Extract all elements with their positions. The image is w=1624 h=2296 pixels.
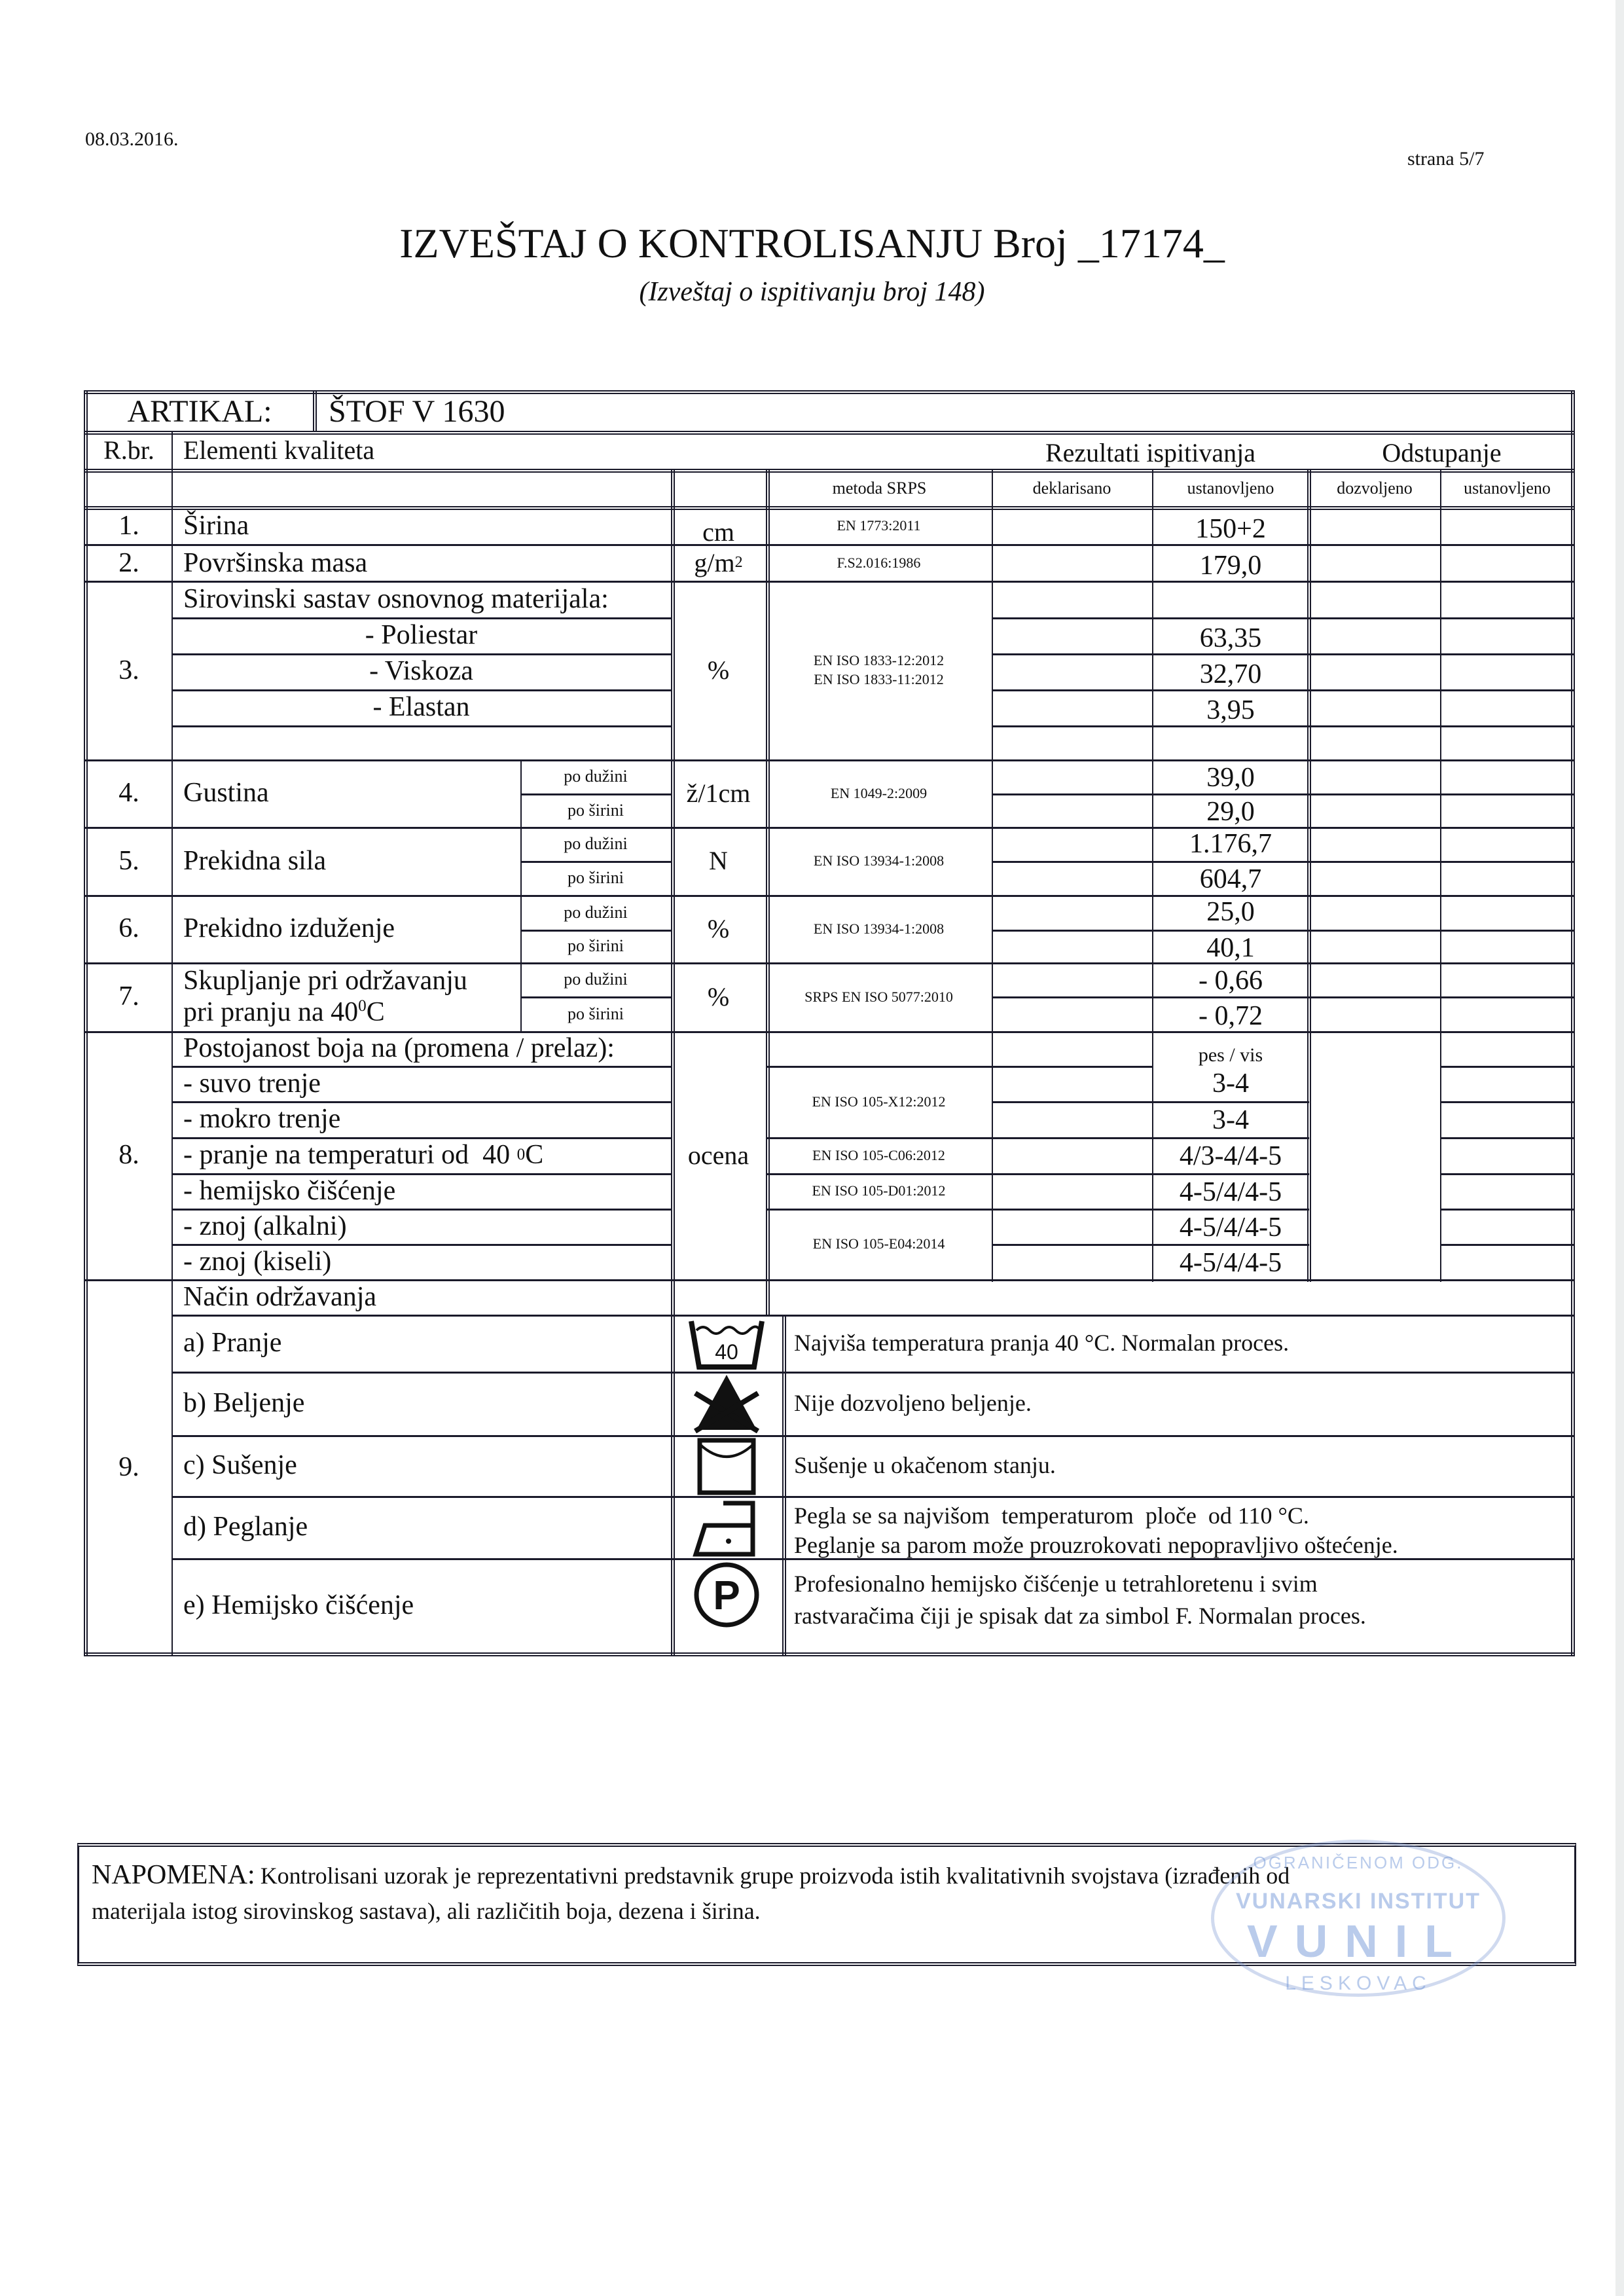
article-label: ARTIKAL: [86,393,313,431]
fastness-name: - mokro trenje [171,1101,671,1137]
row-value: 604,7 [1152,862,1309,896]
name-end: C [525,1140,543,1169]
report-date: 08.03.2016. [85,130,179,149]
material-value: 32,70 [1152,657,1309,693]
method-perspiration: EN ISO 105-E04:2014 [766,1209,992,1279]
row-unit: ž/1cm [671,759,766,827]
row-number: 3. [86,581,171,759]
note-line: Kontrolisani uzorak je reprezentativni p… [261,1863,1290,1889]
row-unit: N [671,827,766,895]
care-description: Profesionalno hemijsko čišćenje u tetrah… [794,1568,1566,1631]
col-established-2: ustanovljeno [1440,470,1574,506]
sub-label: po dužini [520,827,671,861]
row-number: 1. [86,507,171,544]
stamp-line1: VUNARSKI INSTITUT [1214,1889,1502,1914]
row-value: 150+2 [1152,511,1309,547]
iron-low-icon [691,1499,763,1557]
care-description: Pegla se sa najvišom temperaturom ploče … [794,1501,1566,1560]
row-name: Skupljanje pri održavanju pri pranju na … [183,965,520,1029]
fastness-name: - znoj (alkalni) [171,1209,671,1244]
row-method: EN ISO 13934-1:2008 [766,827,992,895]
name-line: Skupljanje pri održavanju [183,965,520,996]
care-label: d) Peglanje [171,1496,671,1558]
row-number: 5. [86,827,171,895]
sub-label: po širini [520,996,671,1031]
material-value: 63,35 [1152,621,1309,657]
col-deviation: Odstupanje [1309,435,1574,471]
care-label: a) Pranje [171,1315,671,1372]
row-number: 2. [86,545,171,581]
row-name: Prekidno izduženje [171,895,520,962]
svg-text:P: P [713,1573,740,1618]
row-number: 7. [86,962,171,1031]
row-number: 8. [86,1031,171,1279]
svg-text:40: 40 [715,1340,738,1364]
row-value: 179,0 [1152,547,1309,584]
row-unit: % [671,895,766,962]
row-value: 25,0 [1152,895,1309,930]
fastness-value: 4/3-4/4-5 [1152,1139,1309,1174]
row-method: EN ISO 13934-1:2008 [766,895,992,962]
sub-label: po dužini [520,895,671,930]
care-description: Nije dozvoljeno beljenje. [782,1372,1571,1435]
row-method: SRPS EN ISO 5077:2010 [766,962,992,1031]
care-description: Sušenje u okačenom stanju. [782,1435,1571,1496]
fastness-value: 4-5/4/4-5 [1152,1210,1309,1245]
method-washing: EN ISO 105-C06:2012 [766,1137,992,1173]
row-unit: ocena [671,1031,766,1279]
row-value: 29,0 [1152,795,1309,829]
col-allowed: dozvoljeno [1309,470,1440,506]
no-bleach-icon [687,1374,766,1434]
col-declared: deklarisano [992,470,1152,506]
row-value: 1.176,7 [1152,827,1309,861]
fastness-name: - suvo trenje [171,1066,671,1101]
scan-edge [1615,0,1624,2296]
col-results: Rezultati ispitivanja [992,435,1309,471]
sub-label: po širini [520,861,671,895]
report-title: IZVEŠTAJ O KONTROLISANJU Broj _17174_ [0,223,1624,264]
fastness-value: 3-4 [1152,1066,1309,1101]
care-label: b) Beljenje [171,1372,671,1435]
col-elements: Elementi kvaliteta [171,432,564,469]
unit-text: g/m [694,549,734,577]
desc-line: Peglanje sa parom može prouzrokovati nep… [794,1531,1566,1560]
note-label: NAPOMENA: [92,1860,255,1890]
name-sup: 0 [517,1146,526,1163]
fastness-name: - pranje na temperaturi od 40 0C [171,1137,671,1173]
row-number: 4. [86,759,171,827]
sub-label: po širini [520,793,671,827]
row-value: 40,1 [1152,931,1309,965]
care-label: e) Hemijsko čišćenje [171,1558,671,1652]
fastness-value: 4-5/4/4-5 [1152,1245,1309,1281]
col-established: ustanovljeno [1152,470,1309,506]
method-rubbing: EN ISO 105-X12:2012 [766,1066,992,1137]
page-number: strana 5/7 [1407,149,1484,169]
row-number: 9. [86,1279,171,1655]
dryclean-p-icon: P [693,1561,761,1629]
fastness-value: 4-5/4/4-5 [1152,1175,1309,1210]
row-name: Gustina [171,759,520,827]
stamp-bottom-text: LESKOVAC [1214,1973,1502,1995]
name-text: - pranje na temperaturi od 40 [183,1140,517,1169]
name-sup: 0 [358,997,367,1015]
fastness-name: - hemijsko čišćenje [171,1173,671,1209]
stamp-top-text: OGRANIČENOM ODG. [1214,1853,1502,1873]
row-unit: % [671,962,766,1031]
material-value: 3,95 [1152,693,1309,729]
care-description: Najviša temperatura pranja 40 °C. Normal… [782,1315,1571,1372]
material-name: - Elastan [171,689,671,725]
line-dry-icon [697,1438,756,1495]
row-method: EN ISO 1833-12:2012 EN ISO 1833-11:2012 [766,581,992,759]
material-name: - Viskoza [171,653,671,689]
row-name: Sirovinski sastav osnovnog materijala: [171,581,671,617]
desc-line: rastvaračima čiji je spisak dat za simbo… [794,1600,1566,1632]
row-number: 6. [86,895,171,962]
row-name: Prekidna sila [171,827,520,895]
row-value: - 0,72 [1152,999,1309,1033]
method-line: EN ISO 1833-11:2012 [814,670,943,689]
fastness-name: - znoj (kiseli) [171,1244,671,1279]
name-line: pri pranju na 400C [183,996,520,1028]
col-rbr: R.br. [86,432,171,469]
method-line: EN ISO 1833-12:2012 [814,651,944,670]
material-name: - Poliestar [171,617,671,653]
stamp-line2: VUNIL [1214,1915,1502,1967]
row-value: - 0,66 [1152,964,1309,998]
row-unit: % [671,581,766,759]
sub-label: po dužini [520,962,671,996]
unit-sup: 2 [735,555,743,571]
row-name: Širina [171,507,671,544]
row-method: EN 1049-2:2009 [766,759,992,827]
sub-label: po širini [520,930,671,962]
institute-stamp: OGRANIČENOM ODG. VUNARSKI INSTITUT VUNIL… [1211,1840,1506,1997]
row-unit: g/m2 [671,545,766,581]
name-end: C [367,997,385,1027]
wash-40-icon: 40 [687,1319,766,1370]
care-label: c) Sušenje [171,1435,671,1496]
method-drycleaning: EN ISO 105-D01:2012 [766,1173,992,1209]
row-method: EN 1773:2011 [766,507,992,544]
row-name: Postojanost boja na (promena / prelaz): [171,1031,671,1066]
fastness-value: 3-4 [1152,1102,1309,1138]
article-value: ŠTOF V 1630 [317,393,906,431]
report-subtitle: (Izveštaj o ispitivanju broj 148) [0,278,1624,306]
desc-line: Pegla se sa najvišom temperaturom ploče … [794,1501,1566,1531]
name-text: pri pranju na 40 [183,997,358,1027]
row-value: 39,0 [1152,761,1309,795]
row-name: Način održavanja [171,1279,671,1315]
sub-label: po dužini [520,759,671,793]
row-method: F.S2.016:1986 [766,545,992,581]
desc-line: Profesionalno hemijsko čišćenje u tetrah… [794,1568,1566,1600]
row-name: Površinska masa [171,545,671,581]
col-method: metoda SRPS [767,470,992,506]
